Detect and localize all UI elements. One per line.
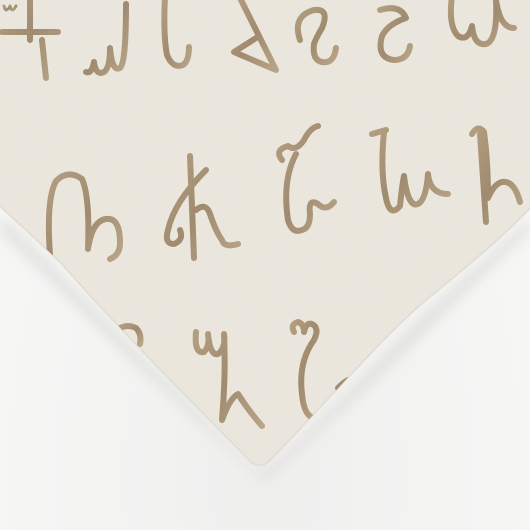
blanket-fabric (0, 0, 530, 465)
blanket-illustration (0, 0, 530, 530)
product-photo (0, 0, 530, 530)
